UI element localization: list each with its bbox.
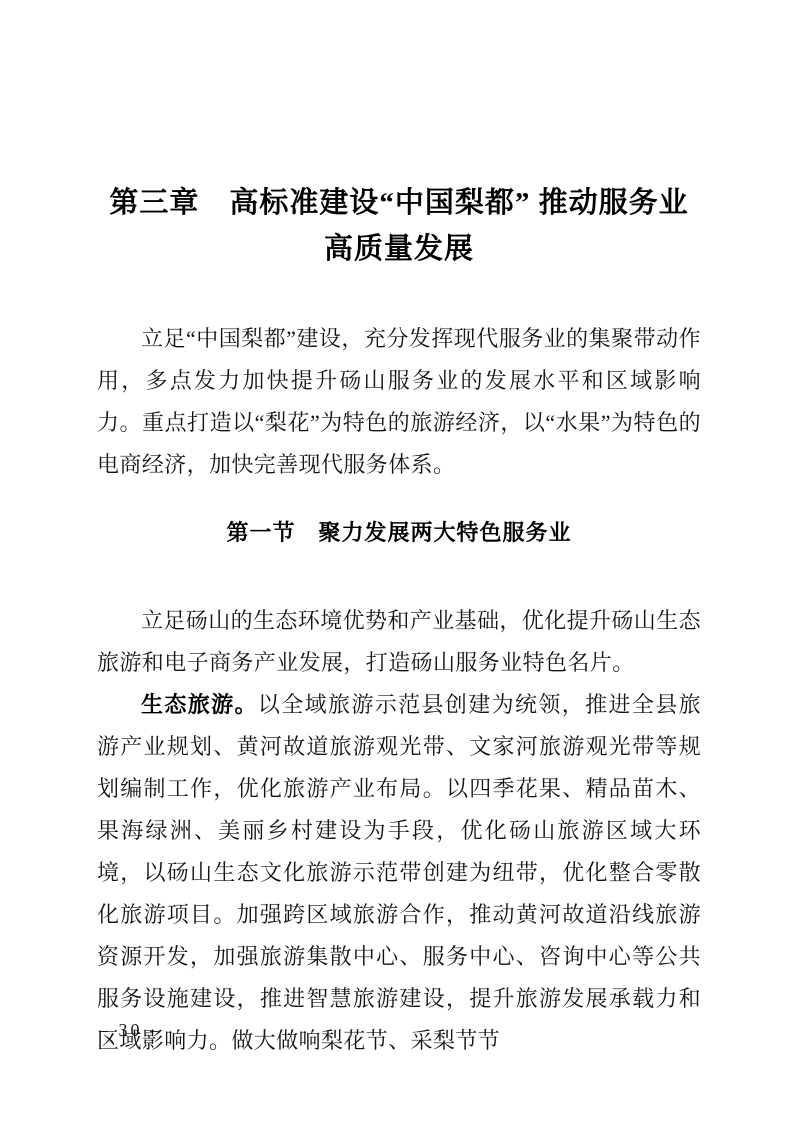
section-intro-paragraph: 立足砀山的生态环境优势和产业基础，优化提升砀山生态旅游和电子商务产业发展，打造砀… bbox=[97, 600, 701, 684]
intro-paragraph: 立足“中国梨都”建设，充分发挥现代服务业的集聚带动作用，多点发力加快提升砀山服务… bbox=[97, 318, 701, 486]
eco-tourism-lead: 生态旅游。 bbox=[141, 692, 258, 717]
chapter-title: 第三章 高标准建设“中国梨都” 推动服务业 高质量发展 bbox=[97, 180, 701, 272]
chapter-title-line-2: 高质量发展 bbox=[97, 226, 701, 272]
eco-tourism-text: 以全域旅游示范县创建为统领，推进全县旅游产业规划、黄河故道旅游观光带、文家河旅游… bbox=[97, 692, 701, 1053]
section-heading: 第一节 聚力发展两大特色服务业 bbox=[97, 518, 701, 548]
eco-tourism-paragraph: 生态旅游。以全域旅游示范县创建为统领，推进全县旅游产业规划、黄河故道旅游观光带、… bbox=[97, 684, 701, 1062]
document-page: 第三章 高标准建设“中国梨都” 推动服务业 高质量发展 立足“中国梨都”建设，充… bbox=[0, 0, 793, 1122]
page-number: – 30 – bbox=[99, 1018, 162, 1042]
chapter-title-line-1: 第三章 高标准建设“中国梨都” 推动服务业 bbox=[97, 180, 701, 226]
